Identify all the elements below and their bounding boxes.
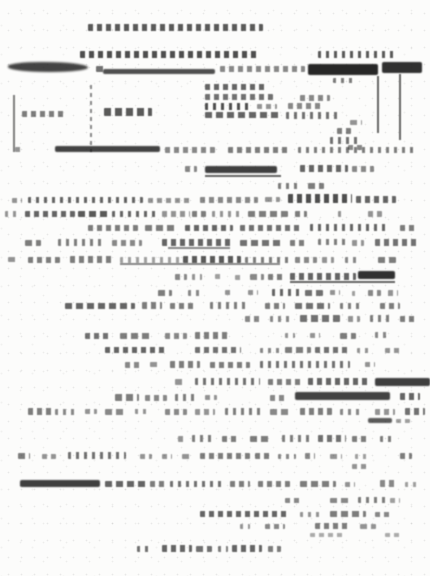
ink-mark (295, 257, 317, 263)
ink-mark (225, 408, 261, 415)
ink-mark (145, 395, 167, 401)
ink-mark (300, 165, 348, 172)
ink-mark (183, 256, 241, 263)
ink-mark (272, 289, 300, 296)
ink-mark (265, 303, 285, 309)
ink-mark (112, 211, 160, 217)
ink-mark (375, 512, 391, 517)
ink-mark (305, 290, 323, 296)
ink-mark (162, 211, 190, 217)
ink-mark (162, 239, 232, 246)
ink-mark (257, 104, 277, 109)
ink-mark (300, 95, 330, 101)
ink-mark (145, 225, 177, 231)
ink-mark (265, 524, 285, 529)
ink-mark (400, 453, 412, 459)
ink-mark (85, 333, 111, 339)
ink-mark (80, 51, 260, 58)
ink-mark (298, 147, 418, 153)
ink-mark (42, 454, 56, 459)
ink-mark (356, 196, 396, 203)
ink-mark (250, 274, 264, 280)
ink-mark (175, 274, 187, 280)
ink-mark (22, 111, 64, 117)
ink-mark (270, 316, 290, 322)
ink-mark (308, 183, 324, 189)
ink-mark (205, 112, 280, 118)
ink-mark (352, 464, 369, 469)
ink-mark (330, 454, 342, 459)
ink-mark (358, 497, 386, 503)
ink-mark (368, 211, 382, 217)
ink-mark (300, 408, 332, 415)
ink-mark (322, 257, 334, 263)
ink-mark (365, 362, 375, 367)
ink-mark (165, 333, 187, 339)
ink-mark (58, 239, 103, 246)
ink-mark (385, 533, 400, 537)
ink-mark (330, 498, 350, 503)
ink-mark (120, 263, 280, 265)
ink-mark (12, 198, 22, 203)
ink-mark (380, 436, 396, 442)
ink-mark (290, 281, 395, 283)
ink-mark (103, 69, 215, 74)
ink-mark (360, 524, 376, 529)
ink-mark (170, 481, 226, 487)
ink-mark (258, 481, 290, 487)
ink-mark (28, 197, 143, 203)
ink-mark (185, 166, 197, 172)
ink-mark (240, 524, 250, 529)
ink-mark (135, 409, 147, 414)
ink-mark (345, 257, 361, 263)
ink-mark (318, 435, 346, 442)
ink-mark (333, 78, 357, 83)
ink-mark (375, 332, 387, 338)
ink-mark (352, 240, 364, 246)
ink-mark (125, 362, 141, 368)
ink-mark (165, 409, 187, 415)
ink-mark (285, 498, 301, 503)
ink-mark (388, 290, 398, 296)
ink-mark (308, 378, 370, 385)
ink-mark (240, 225, 302, 231)
ink-mark (300, 512, 320, 517)
ink-mark (300, 481, 336, 487)
ink-mark (28, 408, 52, 415)
ink-mark (150, 362, 160, 367)
ink-mark (25, 211, 75, 217)
ink-mark (105, 347, 165, 353)
ink-mark (55, 409, 77, 415)
ink-mark (340, 303, 360, 309)
ink-mark (175, 394, 197, 401)
ink-mark (196, 546, 212, 552)
ink-mark (310, 333, 320, 338)
ink-mark (168, 247, 230, 249)
ink-mark (300, 315, 340, 322)
ink-mark (205, 395, 217, 400)
ink-mark (295, 303, 330, 309)
ink-mark (137, 546, 152, 552)
ink-mark (380, 480, 395, 487)
ink-mark (368, 418, 392, 423)
ink-mark (358, 271, 395, 279)
ink-mark (245, 257, 290, 263)
ink-mark (230, 481, 250, 487)
ink-mark (215, 274, 221, 279)
ink-mark (315, 347, 351, 353)
ink-mark (285, 347, 311, 353)
ink-mark (200, 453, 250, 459)
ink-mark (195, 347, 241, 353)
ink-mark (205, 94, 273, 100)
ink-mark (375, 409, 395, 415)
ink-mark (385, 348, 401, 353)
ink-mark (268, 546, 281, 552)
ink-mark (350, 120, 362, 125)
ink-mark (357, 348, 372, 353)
ink-mark (158, 290, 172, 296)
ink-mark (405, 482, 417, 487)
ink-mark (205, 84, 267, 90)
ink-mark (85, 409, 97, 414)
ink-mark (285, 333, 295, 338)
ink-mark (192, 211, 206, 217)
ink-mark (195, 332, 231, 339)
ink-mark (295, 392, 390, 400)
ink-mark (396, 419, 410, 423)
ink-mark (270, 395, 286, 401)
ink-mark (20, 480, 100, 487)
ink-mark (318, 239, 346, 245)
ink-mark (225, 290, 233, 295)
ink-mark (105, 481, 147, 487)
scanned-document-page (0, 0, 430, 576)
ink-mark (378, 257, 396, 263)
ink-mark (308, 64, 378, 75)
ink-mark (390, 498, 400, 503)
ink-mark (70, 256, 115, 263)
ink-mark (218, 546, 228, 552)
ink-mark (380, 303, 400, 309)
ink-mark (330, 137, 360, 144)
ink-mark (104, 108, 152, 116)
ink-mark (5, 211, 17, 217)
ink-mark (260, 361, 350, 368)
ink-mark (268, 274, 286, 280)
scan-marks (0, 0, 430, 576)
ink-mark (182, 454, 192, 459)
ink-mark (248, 290, 258, 295)
ink-mark (345, 482, 355, 487)
ink-mark (290, 240, 306, 246)
ink-mark (352, 166, 374, 172)
ink-mark (399, 74, 401, 140)
ink-mark (222, 436, 240, 442)
ink-mark (278, 454, 296, 459)
ink-mark (255, 453, 271, 459)
ink-mark (377, 76, 379, 133)
ink-mark (175, 379, 185, 385)
ink-mark (210, 302, 250, 309)
ink-mark (352, 291, 359, 296)
ink-mark (288, 194, 352, 203)
ink-mark (290, 273, 356, 280)
ink-mark (250, 436, 272, 442)
ink-mark (205, 103, 253, 110)
ink-mark (310, 224, 390, 231)
ink-mark (8, 257, 16, 262)
ink-mark (330, 290, 340, 295)
ink-mark (348, 316, 360, 322)
ink-mark (18, 453, 30, 459)
ink-mark (185, 225, 233, 231)
ink-mark (28, 257, 60, 263)
ink-mark (305, 453, 315, 459)
ink-mark (192, 435, 212, 442)
ink-mark (68, 452, 126, 459)
ink-mark (142, 302, 162, 309)
ink-mark (205, 175, 281, 177)
ink-mark (105, 409, 127, 415)
ink-mark (195, 409, 215, 415)
ink-mark (278, 183, 302, 189)
ink-mark (245, 316, 261, 322)
ink-mark (55, 146, 160, 152)
ink-mark (90, 85, 92, 152)
ink-mark (375, 378, 430, 386)
ink-mark (368, 290, 381, 296)
ink-mark (212, 211, 242, 217)
ink-mark (13, 95, 15, 152)
ink-mark (352, 436, 370, 442)
ink-mark (228, 147, 288, 153)
ink-mark (115, 394, 139, 401)
ink-mark (337, 128, 351, 134)
ink-mark (400, 393, 420, 400)
ink-mark (240, 240, 282, 246)
ink-mark (260, 348, 280, 353)
ink-mark (192, 274, 202, 280)
ink-mark (382, 62, 422, 73)
ink-mark (286, 112, 342, 119)
ink-mark (170, 361, 200, 368)
ink-mark (330, 511, 366, 517)
ink-mark (78, 211, 110, 217)
ink-mark (170, 303, 196, 309)
ink-mark (88, 24, 263, 31)
ink-mark (405, 408, 425, 415)
ink-mark (288, 103, 322, 109)
ink-mark (400, 316, 418, 322)
ink-mark (200, 197, 258, 203)
ink-mark (162, 454, 172, 459)
ink-mark (400, 225, 418, 231)
ink-mark (295, 211, 307, 217)
ink-mark (268, 379, 302, 385)
ink-mark (200, 511, 290, 517)
ink-mark (140, 454, 152, 459)
ink-mark (248, 211, 288, 217)
ink-mark (340, 333, 356, 339)
ink-mark (148, 198, 193, 203)
ink-mark (232, 545, 262, 552)
ink-mark (178, 436, 184, 442)
ink-mark (120, 333, 150, 339)
ink-mark (88, 225, 138, 231)
ink-mark (210, 362, 250, 368)
ink-mark (162, 545, 192, 552)
ink-mark (310, 533, 345, 537)
ink-mark (338, 211, 346, 217)
ink-mark (112, 240, 142, 246)
ink-mark (195, 378, 260, 385)
ink-mark (282, 435, 312, 442)
ink-mark (315, 523, 351, 529)
ink-mark (150, 481, 166, 487)
ink-mark (355, 454, 367, 459)
ink-mark (265, 197, 280, 202)
ink-mark (188, 290, 201, 296)
ink-mark (8, 62, 88, 72)
ink-mark (270, 409, 290, 415)
ink-mark (235, 275, 241, 280)
ink-mark (165, 147, 215, 153)
ink-mark (340, 409, 362, 415)
ink-mark (220, 66, 305, 72)
ink-mark (318, 51, 396, 58)
ink-mark (65, 303, 135, 309)
ink-mark (25, 240, 41, 246)
ink-mark (205, 166, 277, 173)
ink-mark (15, 147, 23, 152)
ink-mark (370, 315, 390, 322)
ink-mark (375, 239, 420, 246)
